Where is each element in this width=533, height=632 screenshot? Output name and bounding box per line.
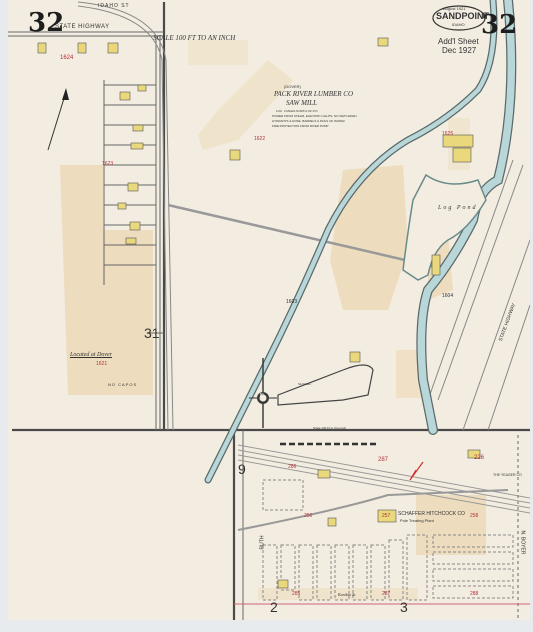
road-no-capos: NO CAPOS bbox=[108, 383, 137, 387]
mill-note-1: LOC. 3 MILES NORTH OF P.O. bbox=[276, 110, 318, 113]
block-1621: 1621 bbox=[96, 362, 107, 367]
block-257: 257 bbox=[382, 514, 390, 519]
block-1624: 1624 bbox=[60, 55, 73, 61]
mill-note-2: POWER FROM STEAM, ELECTRIC LIGHTS, NO WA… bbox=[272, 115, 357, 118]
located-at-dover: Located at Dover bbox=[70, 352, 112, 358]
sheet-number-left: 32 bbox=[28, 10, 64, 36]
street-idaho: IDAHO ST bbox=[98, 4, 130, 9]
block-256: 256 bbox=[304, 514, 312, 519]
mill-type: SAW MILL bbox=[286, 100, 317, 107]
mill-note-3: HYDRANTS & HOSE, BARRELS & PAILS OF WATE… bbox=[272, 120, 345, 123]
block-288: 288 bbox=[470, 592, 478, 597]
scale-label-top: SCALE 100 FT TO AN INCH bbox=[153, 35, 235, 42]
mill-header: (DOVER) bbox=[284, 85, 301, 89]
road-bottom: Kaniksu St. bbox=[338, 593, 356, 597]
block-286: 286 bbox=[288, 465, 296, 470]
section-3: 3 bbox=[400, 600, 408, 614]
block-287-top: 287 bbox=[378, 457, 388, 463]
stamp-state: IDAHO bbox=[452, 23, 465, 27]
company-subtitle: Pole Treating Plant bbox=[400, 519, 434, 523]
block-1604: 1604 bbox=[442, 294, 453, 299]
company-name: SCHAFFER HITCHCOCK CO bbox=[398, 512, 465, 517]
block-285: 285 bbox=[292, 592, 300, 597]
compass-n: N bbox=[260, 394, 264, 399]
stamp-city: SANDPOINT bbox=[436, 12, 489, 21]
section-9: 9 bbox=[238, 462, 246, 476]
block-226: 226 bbox=[474, 455, 484, 461]
block-258: 258 bbox=[470, 514, 478, 519]
mill-name: PACK RIVER LUMBER CO bbox=[274, 91, 353, 98]
block-287-bottom: 287 bbox=[382, 592, 390, 597]
block-1623: 1623 bbox=[102, 162, 113, 167]
sheet-date: Dec 1927 bbox=[442, 47, 476, 55]
map-drawing bbox=[8, 0, 530, 620]
mill-note-4: FIRE PROTECTION FROM RIVER PUMP bbox=[272, 125, 329, 128]
slough-label: SLOUGH bbox=[298, 383, 311, 386]
lumber-yard-overlay bbox=[330, 165, 408, 310]
sanborn-map-sheet: 32 32 August 1921 SANDPOINT IDAHO Add'l … bbox=[8, 0, 530, 620]
block-1625: 1625 bbox=[442, 132, 453, 137]
scale-label-bottom: Scale 100 Ft to One Inch bbox=[313, 427, 346, 430]
block-1603: 1603 bbox=[286, 300, 297, 305]
section-2: 2 bbox=[270, 600, 278, 614]
street-ruth: RUTH bbox=[260, 536, 265, 550]
yeager-co: THE YEAGER CO bbox=[493, 474, 522, 478]
street-n-boyer: N. BOYER bbox=[519, 531, 524, 555]
log-pond-label: Log Pond bbox=[438, 205, 478, 211]
section-31: 31 bbox=[144, 326, 160, 340]
street-state-highway: STATE HIGHWAY bbox=[55, 24, 110, 30]
block-1622: 1622 bbox=[254, 137, 265, 142]
addl-sheet-label: Add'l Sheet bbox=[438, 38, 479, 46]
